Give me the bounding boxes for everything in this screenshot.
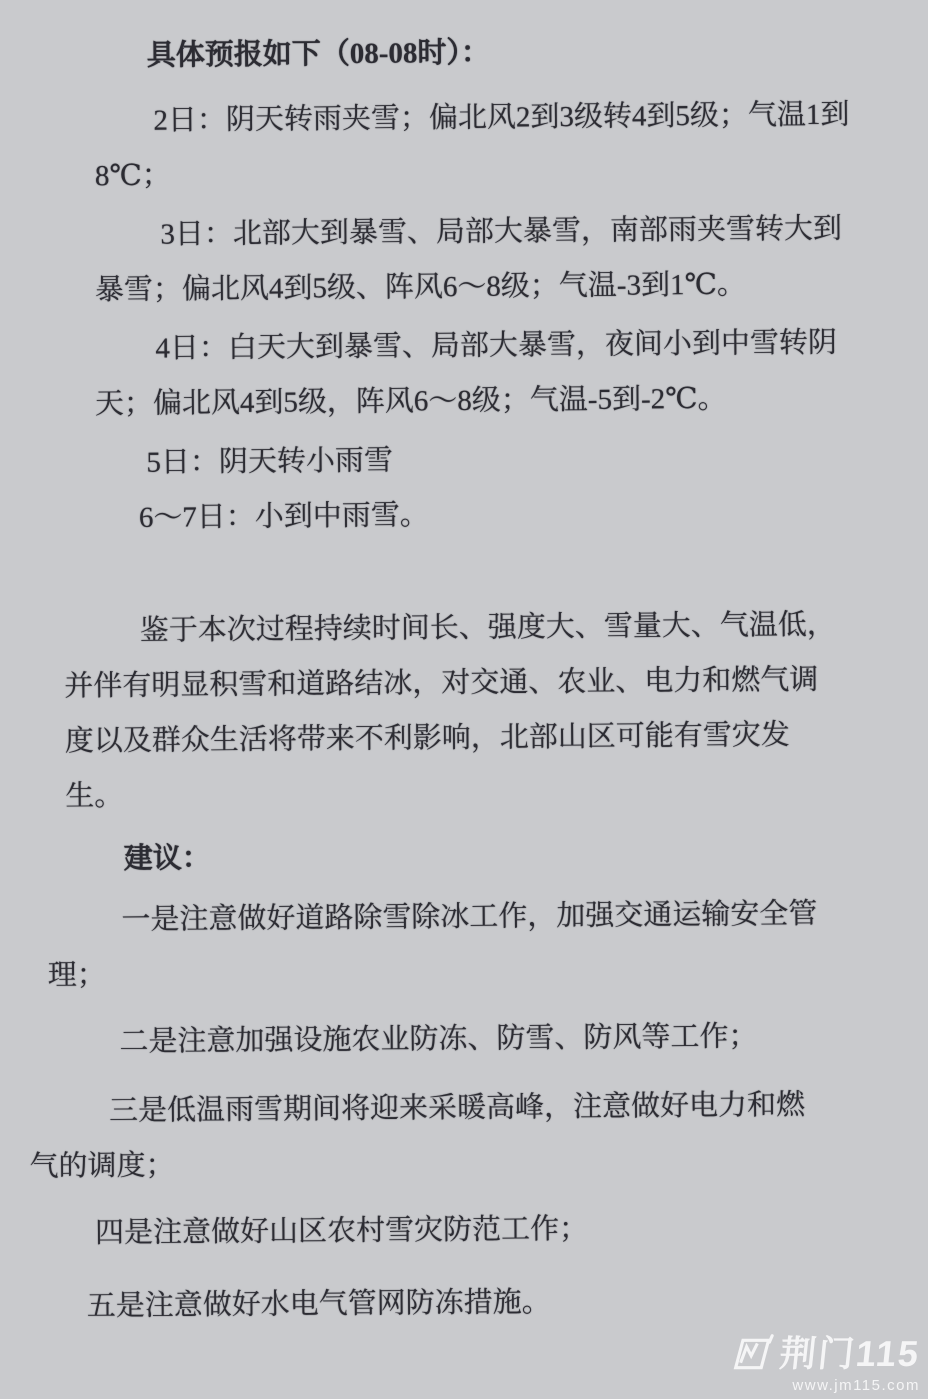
jm115-logo-icon bbox=[731, 1333, 775, 1375]
jm115-watermark: 荆门115 www.jm115.com bbox=[731, 1333, 920, 1395]
suggestion-3: 三是低温雨雪期间将迎来采暖高峰，注意做好电力和燃 气的调度； bbox=[29, 1077, 928, 1195]
text-line: 并伴有明显积雪和道路结冰，对交通、农业、电力和燃气调 bbox=[64, 652, 928, 715]
watermark-url: www.jm115.com bbox=[792, 1377, 920, 1395]
text-line: 度以及群众生活将带来不利影响，北部山区可能有雪灾发 bbox=[65, 707, 928, 770]
suggestion-4: 四是注意做好山区农村雪灾防范工作； bbox=[36, 1199, 928, 1262]
forecast-day-4: 4日：白天大到暴雪、局部大暴雪，夜间小到中雪转阴 天；偏北风4到5级，阵风6～8… bbox=[94, 315, 927, 432]
watermark-logo-row: 荆门115 bbox=[731, 1333, 920, 1375]
forecast-day-2: 2日：阴天转雨夹雪；偏北风2到3级转4到5级；气温1到 8℃； bbox=[94, 87, 925, 204]
text-line: 四是注意做好山区农村雪灾防范工作； bbox=[36, 1199, 928, 1262]
text-line: 鉴于本次过程持续时间长、强度大、雪量大、气温低， bbox=[64, 597, 928, 660]
forecast-day-3: 3日：北部大到暴雪、局部大暴雪，南部雨夹雪转大到 暴雪；偏北风4到5级、阵风6～… bbox=[94, 201, 926, 318]
document-text: 具体预报如下（08-08时）： 2日：阴天转雨夹雪；偏北风2到3级转4到5级；气… bbox=[0, 0, 928, 1335]
text-line: 4日：白天大到暴雪、局部大暴雪，夜间小到中雪转阴 bbox=[94, 315, 926, 377]
suggestions-heading: 建议： bbox=[73, 825, 928, 887]
suggestion-2: 二是注意加强设施农业防冻、防雪、防风等工作； bbox=[46, 1008, 928, 1071]
text-line: 暴雪；偏北风4到5级、阵风6～8级；气温-3到1℃。 bbox=[95, 256, 926, 318]
text-line: 五是注意做好水电气管网防冻措施。 bbox=[29, 1272, 928, 1335]
text-line: 具体预报如下（08-08时）： bbox=[94, 22, 924, 84]
text-line: 2日：阴天转雨夹雪；偏北风2到3级转4到5级；气温1到 bbox=[94, 87, 924, 149]
text-line: 一是注意做好道路除雪除冰工作，加强交通运输安全管 bbox=[47, 886, 928, 949]
text-line: 三是低温雨雪期间将迎来采暖高峰，注意做好电力和燃 bbox=[29, 1077, 928, 1140]
forecast-heading: 具体预报如下（08-08时）： bbox=[94, 22, 924, 84]
text-line: 气的调度； bbox=[29, 1132, 928, 1195]
text-line: 生。 bbox=[65, 762, 928, 825]
forecast-day-5: 5日：阴天转小雨雪 bbox=[93, 429, 927, 491]
text-line: 3日：北部大到暴雪、局部大暴雪，南部雨夹雪转大到 bbox=[94, 201, 925, 263]
impact-statement: 鉴于本次过程持续时间长、强度大、雪量大、气温低， 并伴有明显积雪和道路结冰，对交… bbox=[64, 597, 928, 825]
suggestion-1: 一是注意做好道路除雪除冰工作，加强交通运输安全管 理； bbox=[47, 886, 928, 1004]
text-line: 天；偏北风4到5级，阵风6～8级；气温-5到-2℃。 bbox=[95, 370, 927, 432]
text-line: 6～7日：小到中雨雪。 bbox=[92, 484, 928, 546]
watermark-site-name: 荆门115 bbox=[778, 1336, 922, 1372]
text-line: 二是注意加强设施农业防冻、防雪、防风等工作； bbox=[46, 1008, 928, 1071]
text-line: 5日：阴天转小雨雪 bbox=[93, 429, 927, 491]
text-line: 建议： bbox=[73, 825, 928, 887]
text-line: 8℃； bbox=[95, 142, 925, 204]
text-line: 理； bbox=[48, 941, 928, 1004]
document-photo: 具体预报如下（08-08时）： 2日：阴天转雨夹雪；偏北风2到3级转4到5级；气… bbox=[0, 0, 928, 1399]
suggestion-5: 五是注意做好水电气管网防冻措施。 bbox=[29, 1272, 928, 1335]
forecast-day-6-7: 6～7日：小到中雨雪。 bbox=[92, 484, 928, 546]
